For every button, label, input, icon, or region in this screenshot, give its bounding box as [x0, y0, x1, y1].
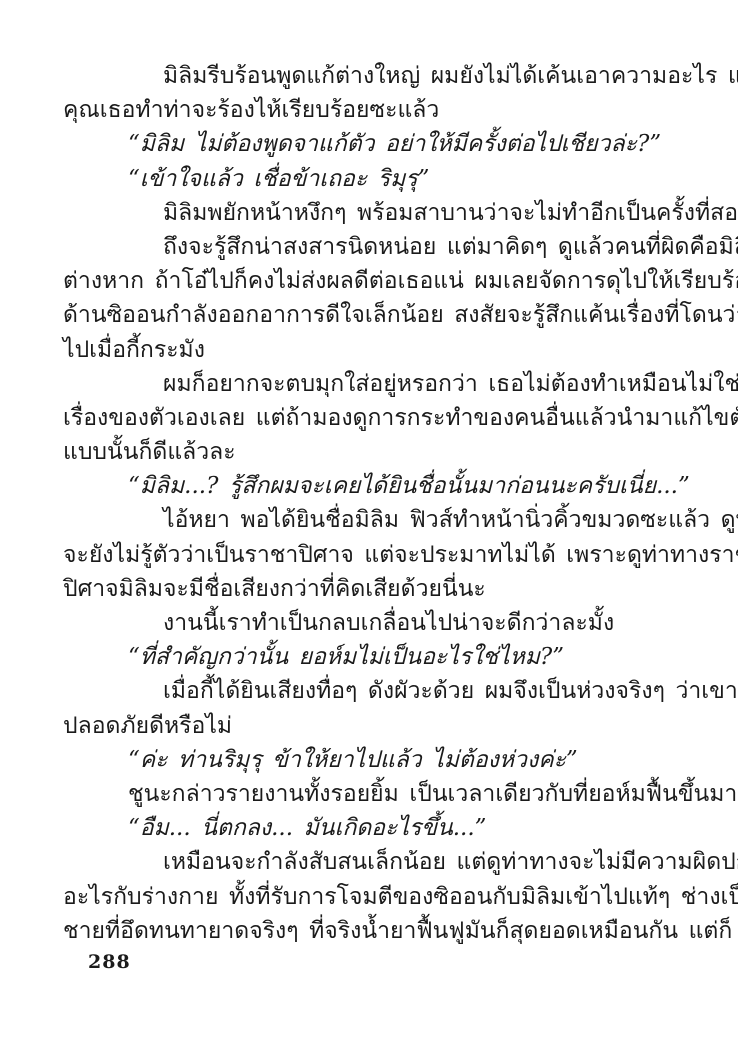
text-line: “มิลิม...? รู้สึกผมจะเคยได้ยินชื่อนั้นมา… [63, 469, 678, 503]
text-line: ผมก็อยากจะตบมุกใส่อยู่หรอกว่า เธอไม่ต้อง… [63, 367, 678, 401]
page-number: 288 [88, 951, 131, 973]
text-line: “อืม... นี่ตกลง... มันเกิดอะไรขึ้น...” [63, 811, 678, 845]
text-line: เมื่อกี้ได้ยินเสียงทื่อๆ ดังผัวะด้วย ผมจ… [63, 674, 678, 708]
text-line: มิลิมพยักหน้าหงึกๆ พร้อมสาบานว่าจะไม่ทำอ… [63, 196, 678, 230]
text-line: อะไรกับร่างกาย ทั้งที่รับการโจมตีของซิออ… [63, 880, 678, 914]
text-line: มิลิมรีบร้อนพูดแก้ต่างใหญ่ ผมยังไม่ได้เค… [63, 59, 678, 93]
text-line: แบบนั้นก็ดีแล้วละ [63, 435, 678, 469]
text-line: “เข้าใจแล้ว เชื่อข้าเถอะ ริมุรุ” [63, 162, 678, 196]
text-line: ปลอดภัยดีหรือไม่ [63, 709, 678, 743]
text-line: จะยังไม่รู้ตัวว่าเป็นราชาปิศาจ แต่จะประม… [63, 538, 678, 572]
text-line: ชูนะกล่าวรายงานทั้งรอยยิ้ม เป็นเวลาเดียว… [63, 777, 678, 811]
text-line: ชายที่อึดทนทายาดจริงๆ ที่จริงน้ำยาฟื้นฟู… [63, 914, 678, 948]
text-line: คุณเธอทำท่าจะร้องไห้เรียบร้อยซะแล้ว [63, 93, 678, 127]
text-line: เหมือนจะกำลังสับสนเล็กน้อย แต่ดูท่าทางจะ… [63, 845, 678, 879]
text-line: ต่างหาก ถ้าโอ๋ไปก็คงไม่ส่งผลดีต่อเธอแน่ … [63, 264, 678, 298]
text-line: งานนี้เราทำเป็นกลบเกลื่อนไปน่าจะดีกว่าละ… [63, 606, 678, 640]
text-line: ไอ้หยา พอได้ยินชื่อมิลิม ฟิวส์ทำหน้านิ่ว… [63, 503, 678, 537]
text-line: ไปเมื่อกี้กระมัง [63, 333, 678, 367]
text-line: “ที่สำคัญกว่านั้น ยอห์มไม่เป็นอะไรใช่ไหม… [63, 640, 678, 674]
text-line: ปิศาจมิลิมจะมีชื่อเสียงกว่าที่คิดเสียด้ว… [63, 572, 678, 606]
book-page: มิลิมรีบร้อนพูดแก้ต่างใหญ่ ผมยังไม่ได้เค… [0, 0, 738, 1051]
text-line: เรื่องของตัวเองเลย แต่ถ้ามองดูการกระทำขอ… [63, 401, 678, 435]
text-line: ด้านซิออนกำลังออกอาการดีใจเล็กน้อย สงสัย… [63, 298, 678, 332]
text-line: “ค่ะ ท่านริมุรุ ข้าให้ยาไปแล้ว ไม่ต้องห่… [63, 743, 678, 777]
text-line: “มิลิม ไม่ต้องพูดจาแก้ตัว อย่าให้มีครั้ง… [63, 127, 678, 161]
text-line: ถึงจะรู้สึกน่าสงสารนิดหน่อย แต่มาคิดๆ ดู… [63, 230, 678, 264]
page-text: มิลิมรีบร้อนพูดแก้ต่างใหญ่ ผมยังไม่ได้เค… [63, 59, 678, 948]
